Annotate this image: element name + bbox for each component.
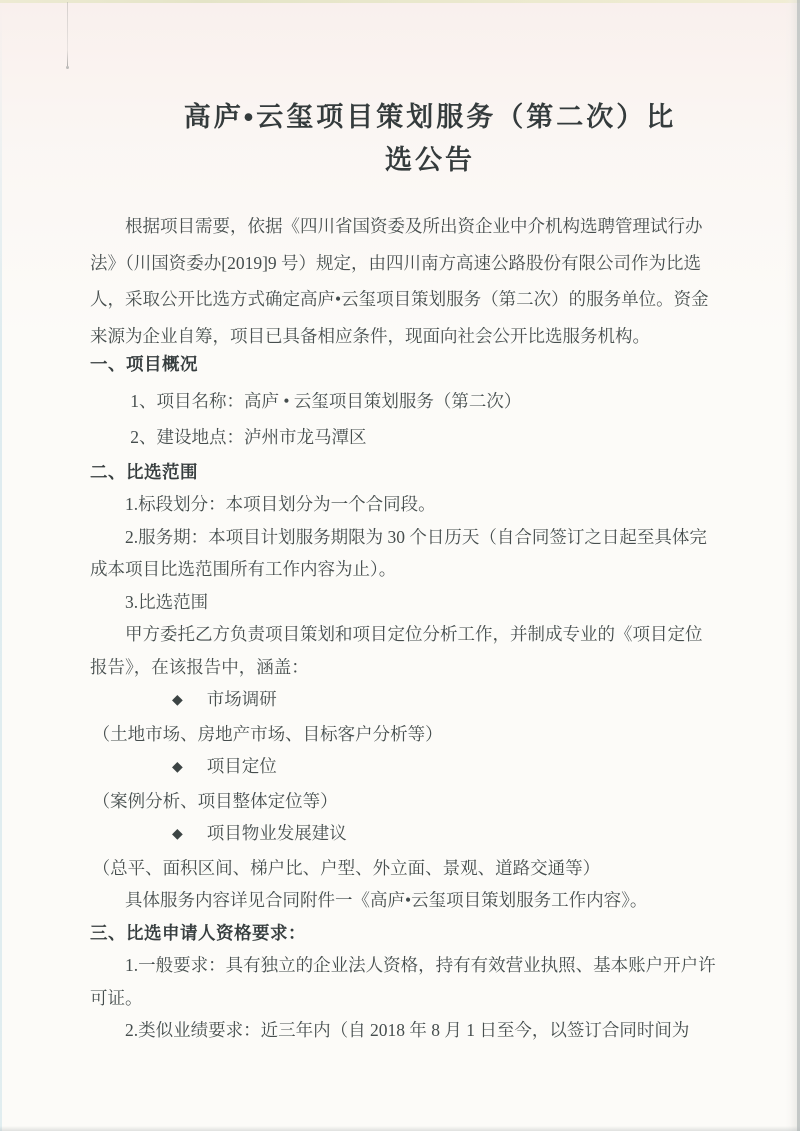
project-name-item: 1、项目名称：高庐 • 云玺项目策划服务（第二次） <box>90 383 718 420</box>
location-item: 2、建设地点：泸州市龙马潭区 <box>90 419 718 456</box>
general-requirement-item: 1.一般要求：具有独立的企业法人资格，持有有效营业执照、基本账户开户许可证。 <box>90 949 718 1014</box>
service-period-item: 2.服务期：本项目计划服务期限为 30 个日历天（自合同签订之日起至具体完成本项… <box>90 521 718 586</box>
performance-requirement-item: 2.类似业绩要求：近三年内（自 2018 年 8 月 1 日至今，以签订合同时间… <box>90 1014 718 1047</box>
intro-paragraph: 根据项目需要，依据《四川省国资委及所出资企业中介机构选聘管理试行办法》（川国资委… <box>90 208 718 354</box>
section2-heading: 二、比选范围 <box>90 456 718 489</box>
scan-scratch-dot <box>66 66 69 69</box>
document-title-line2: 选公告 <box>90 139 770 182</box>
scan-left-edge <box>0 0 2 1131</box>
diamond-bullet-icon: ◆ <box>172 818 183 851</box>
document-title-line1: 高庐•云玺项目策划服务（第二次）比 <box>90 96 770 139</box>
diamond-bullet-icon: ◆ <box>172 751 183 784</box>
section3-heading: 三、比选申请人资格要求： <box>90 917 718 950</box>
scan-scratch-line <box>67 2 68 66</box>
scan-right-band <box>785 0 797 1131</box>
selection-scope-item: 3.比选范围 <box>90 586 718 619</box>
diamond-bullet-icon: ◆ <box>172 684 183 717</box>
scan-bottom-shadow <box>0 1126 800 1131</box>
bullet-item-market-research: ◆市场调研 <box>90 683 718 718</box>
segment-division-item: 1.标段划分：本项目划分为一个合同段。 <box>90 488 718 521</box>
bullet-item-property-development: ◆项目物业发展建议 <box>90 817 718 852</box>
scanned-document-page: 高庐•云玺项目策划服务（第二次）比 选公告 根据项目需要，依据《四川省国资委及所… <box>0 0 800 1131</box>
document-title: 高庐•云玺项目策划服务（第二次）比 选公告 <box>90 96 770 182</box>
bullet-note-property-development: （总平、面积区间、梯户比、户型、外立面、景观、道路交通等） <box>90 852 718 885</box>
bullet-item-project-positioning: ◆项目定位 <box>90 750 718 785</box>
service-detail-paragraph: 具体服务内容详见合同附件一《高庐•云玺项目策划服务工作内容》。 <box>90 884 718 917</box>
bullet-note-project-positioning: （案例分析、项目整体定位等） <box>90 785 718 818</box>
bullet-label: 项目定位 <box>207 756 277 776</box>
bullet-note-market-research: （土地市场、房地产市场、目标客户分析等） <box>90 718 718 751</box>
document-body: 高庐•云玺项目策划服务（第二次）比 选公告 根据项目需要，依据《四川省国资委及所… <box>90 0 718 1047</box>
bullet-label: 市场调研 <box>207 689 277 709</box>
bullet-label: 项目物业发展建议 <box>207 823 347 843</box>
delegation-paragraph: 甲方委托乙方负责项目策划和项目定位分析工作，并制成专业的《项目定位报告》，在该报… <box>90 618 718 683</box>
